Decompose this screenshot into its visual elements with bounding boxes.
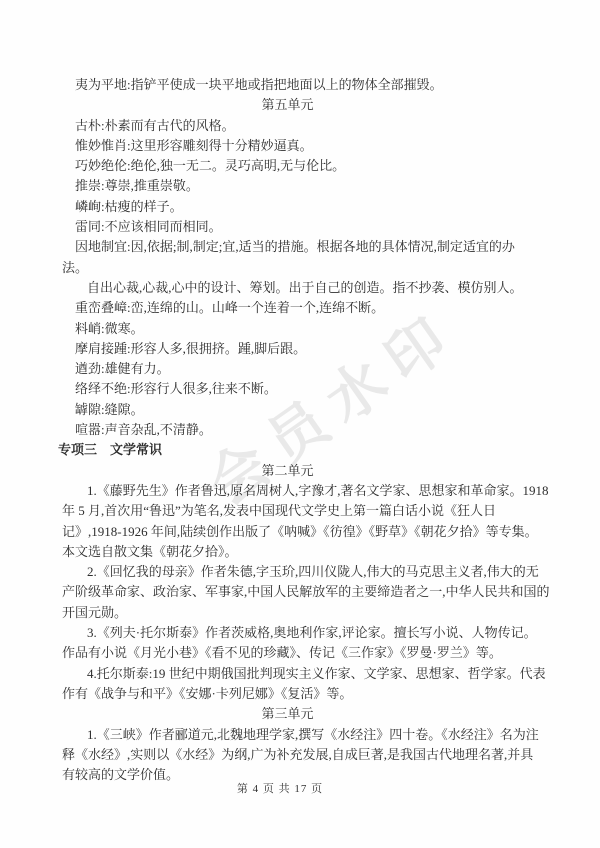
definition-line: 夷为平地:指铲平使成一块平地或指把地面以上的物体全部摧毁。 [0, 75, 600, 95]
continuation-line: 记》,1918-1926 年间,陆续创作出版了《呐喊》《彷徨》《野草》《朝花夕拾… [0, 522, 600, 542]
definition-line: 重峦叠嶂:峦,连绵的山。山峰一个连着一个,连绵不断。 [0, 298, 600, 318]
definition-line: 料峭:微寒。 [0, 319, 600, 339]
continuation-line: 法。 [0, 258, 600, 278]
definition-line: 雷同:不应该相同而相同。 [0, 217, 600, 237]
continuation-line: 开国元勋。 [0, 603, 600, 623]
paragraph-line: 1.《藤野先生》作者鲁迅,原名周树人,字豫才,著名文学家、思想家和革命家。191… [0, 481, 600, 501]
continuation-line: 释《水经》,实则以《水经》为纲,广为补充发展,自成巨著,是我国古代地理名著,并具 [0, 745, 600, 765]
definition-line: 嶙峋:枯瘦的样子。 [0, 197, 600, 217]
continuation-line: 作品有小说《月光小巷》《看不见的珍藏》、传记《三作家》《罗曼·罗兰》等。 [0, 643, 600, 663]
paragraph-line: 1.《三峡》作者郦道元,北魏地理学家,撰写《水经注》四十卷。《水经注》名为注 [0, 725, 600, 745]
document-page: 会员水印 夷为平地:指铲平使成一块平地或指把地面以上的物体全部摧毁。第五单元古朴… [0, 0, 600, 848]
definition-line: 罅隙:缝隙。 [0, 400, 600, 420]
unit-heading: 第五单元 [0, 95, 600, 115]
document-text: 夷为平地:指铲平使成一块平地或指把地面以上的物体全部摧毁。第五单元古朴:朴素而有… [0, 75, 600, 785]
definition-line: 遒劲:雄健有力。 [0, 359, 600, 379]
paragraph-line: 3.《列夫·托尔斯泰》作者茨威格,奥地利作家,评论家。擅长写小说、人物传记。 [0, 623, 600, 643]
paragraph-line: 自出心裁,心裁,心中的设计、筹划。出于自己的创造。指不抄袭、模仿别人。 [0, 278, 600, 298]
definition-line: 喧嚣:声音杂乱,不清静。 [0, 420, 600, 440]
section-heading: 专项三 文学常识 [0, 440, 600, 460]
paragraph-line: 2.《回忆我的母亲》作者朱德,字玉玠,四川仪陇人,伟大的马克思主义者,伟大的无 [0, 562, 600, 582]
unit-heading: 第二单元 [0, 461, 600, 481]
page-footer: 第 4 页 共 17 页 [0, 780, 560, 796]
definition-line: 络绎不绝:形容行人很多,往来不断。 [0, 379, 600, 399]
definition-line: 因地制宜:因,依据;制,制定;宜,适当的措施。根据各地的具体情况,制定适宜的办 [0, 237, 600, 257]
continuation-line: 本文选自散文集《朝花夕拾》。 [0, 542, 600, 562]
definition-line: 巧妙绝伦:绝伦,独一无二。灵巧高明,无与伦比。 [0, 156, 600, 176]
definition-line: 摩肩接踵:形容人多,很拥挤。踵,脚后跟。 [0, 339, 600, 359]
definition-line: 惟妙惟肖:这里形容雕刻得十分精妙逼真。 [0, 136, 600, 156]
continuation-line: 产阶级革命家、政治家、军事家,中国人民解放军的主要缔造者之一,中华人民共和国的 [0, 582, 600, 602]
definition-line: 古朴:朴素而有古代的风格。 [0, 116, 600, 136]
definition-line: 推崇:尊崇,推重崇敬。 [0, 176, 600, 196]
unit-heading: 第三单元 [0, 704, 600, 724]
paragraph-line: 4.托尔斯泰:19 世纪中期俄国批判现实主义作家、文学家、思想家、哲学家。代表 [0, 664, 600, 684]
continuation-line: 作有《战争与和平》《安娜·卡列尼娜》《复活》等。 [0, 684, 600, 704]
continuation-line: 年 5 月,首次用“鲁迅”为笔名,发表中国现代文学史上第一篇白话小说《狂人日 [0, 501, 600, 521]
